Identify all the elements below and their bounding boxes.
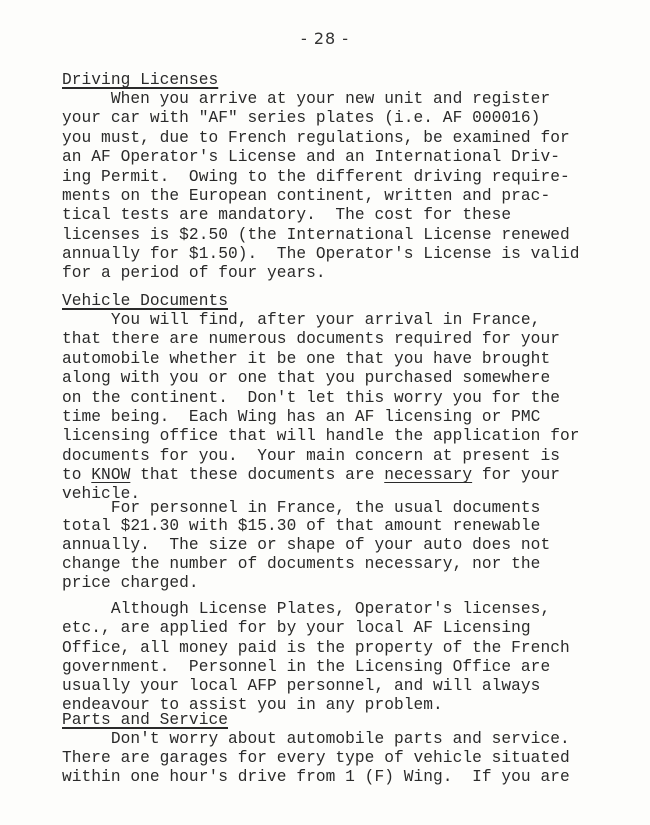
body-line: for a period of four years. xyxy=(62,263,326,283)
text-fragment: to xyxy=(62,466,91,484)
body-line: licensing office that will handle the ap… xyxy=(62,426,580,446)
body-line: annually for $1.50). The Operator's Lice… xyxy=(62,244,580,264)
section-heading-driving-licenses: Driving Licenses xyxy=(62,70,218,90)
body-line: an AF Operator's License and an Internat… xyxy=(62,147,560,167)
body-line: your car with "AF" series plates (i.e. A… xyxy=(62,108,540,128)
emphasized-word-know: KNOW xyxy=(91,466,130,484)
body-line: There are garages for every type of vehi… xyxy=(62,748,570,768)
text-fragment: that these documents are xyxy=(130,466,384,484)
body-line-emphasis: to KNOW that these documents are necessa… xyxy=(62,465,560,485)
text-fragment: for your xyxy=(472,466,560,484)
body-line: price charged. xyxy=(62,573,199,593)
body-line: You will find, after your arrival in Fra… xyxy=(62,310,540,330)
body-line: within one hour's drive from 1 (F) Wing.… xyxy=(62,767,570,787)
body-line: ing Permit. Owing to the different drivi… xyxy=(62,167,570,187)
page-number: - 28 - xyxy=(0,29,650,48)
section-heading-parts-and-service: Parts and Service xyxy=(62,710,228,730)
body-line: licenses is $2.50 (the International Lic… xyxy=(62,225,570,245)
body-line: government. Personnel in the Licensing O… xyxy=(62,657,550,677)
body-line: Although License Plates, Operator's lice… xyxy=(62,599,550,619)
body-line: annually. The size or shape of your auto… xyxy=(62,535,550,555)
body-line: you must, due to French regulations, be … xyxy=(62,128,570,148)
body-line: total $21.30 with $15.30 of that amount … xyxy=(62,516,540,536)
body-line: For personnel in France, the usual docum… xyxy=(62,498,540,518)
body-line: Don't worry about automobile parts and s… xyxy=(62,729,570,749)
body-line: on the continent. Don't let this worry y… xyxy=(62,388,560,408)
emphasized-word-necessary: necessary xyxy=(384,466,472,484)
body-line: along with you or one that you purchased… xyxy=(62,368,550,388)
body-line: tical tests are mandatory. The cost for … xyxy=(62,205,511,225)
section-heading-vehicle-documents: Vehicle Documents xyxy=(62,291,228,311)
body-line: that there are numerous documents requir… xyxy=(62,329,560,349)
body-line: time being. Each Wing has an AF licensin… xyxy=(62,407,540,427)
body-line: Office, all money paid is the property o… xyxy=(62,638,570,658)
body-line: usually your local AFP personnel, and wi… xyxy=(62,676,540,696)
body-line: documents for you. Your main concern at … xyxy=(62,446,560,466)
body-line: automobile whether it be one that you ha… xyxy=(62,349,550,369)
body-line: change the number of documents necessary… xyxy=(62,554,540,574)
body-line: When you arrive at your new unit and reg… xyxy=(62,89,550,109)
body-line: ments on the European continent, written… xyxy=(62,186,550,206)
body-line: etc., are applied for by your local AF L… xyxy=(62,618,531,638)
